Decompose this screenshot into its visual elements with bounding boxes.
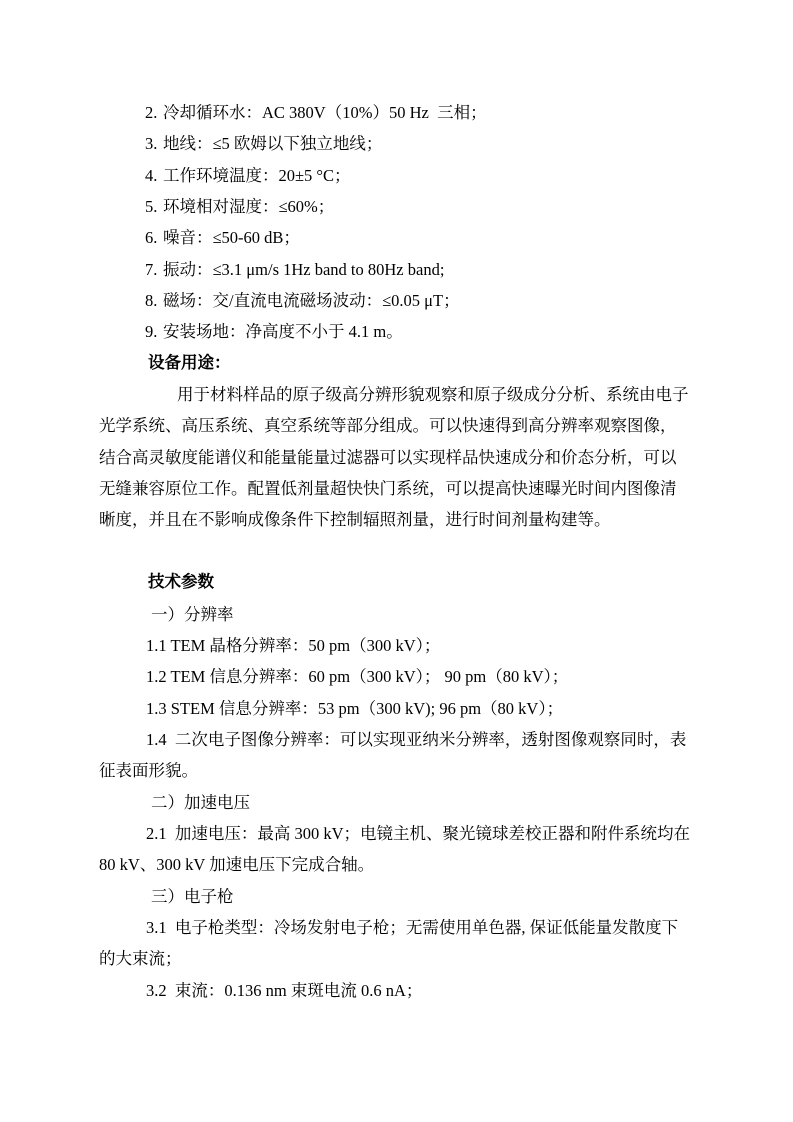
tech-params-heading: 技术参数	[0, 567, 793, 598]
document-body: 2.冷却循环水：AC 380V（10%）50 Hz 三相； 3.地线：≤5 欧姆…	[0, 97, 793, 1006]
list-item-number: 2.	[145, 97, 163, 128]
list-item: 2.冷却循环水：AC 380V（10%）50 Hz 三相；	[0, 97, 793, 128]
list-item-number: 8.	[145, 285, 163, 316]
list-item: 6.噪音：≤50-60 dB；	[0, 222, 793, 253]
spec-line: 1.3 STEM 信息分辨率：53 pm（300 kV); 96 pm（80 k…	[0, 693, 793, 724]
purpose-paragraph-line: 无缝兼容原位工作。配置低剂量超快快门系统，可以提高快速曝光时间内图像清	[0, 473, 793, 504]
list-item-text: 工作环境温度：20±5 °C；	[163, 166, 351, 185]
list-item: 8.磁场：交/直流电流磁场波动：≤0.05 μT；	[0, 285, 793, 316]
list-item-number: 9.	[145, 316, 163, 347]
list-item: 3.地线：≤5 欧姆以下独立地线；	[0, 128, 793, 159]
purpose-paragraph-line: 结合高灵敏度能谱仪和能量能量过滤器可以实现样品快速成分和价态分析，可以	[0, 442, 793, 473]
spec-line-continuation: 80 kV、300 kV 加速电压下完成合轴。	[0, 849, 793, 880]
spec-line: 3.1 电子枪类型：冷场发射电子枪；无需使用单色器, 保证低能量发散度下	[0, 912, 793, 943]
list-item: 7.振动：≤3.1 μm/s 1Hz band to 80Hz band;	[0, 254, 793, 285]
list-item-number: 5.	[145, 191, 163, 222]
spec-line: 1.1 TEM 晶格分辨率：50 pm（300 kV）；	[0, 630, 793, 661]
list-item-number: 7.	[145, 254, 163, 285]
list-item: 4.工作环境温度：20±5 °C；	[0, 160, 793, 191]
list-item: 5.环境相对湿度：≤60%；	[0, 191, 793, 222]
list-item-text: 冷却循环水：AC 380V（10%）50 Hz 三相；	[163, 103, 487, 122]
document-page: 2.冷却循环水：AC 380V（10%）50 Hz 三相； 3.地线：≤5 欧姆…	[0, 0, 793, 1122]
list-item: 9.安装场地：净高度不小于 4.1 m。	[0, 316, 793, 347]
purpose-paragraph-line: 光学系统、高压系统、真空系统等部分组成。可以快速得到高分辨率观察图像，	[0, 410, 793, 441]
list-item-number: 4.	[145, 160, 163, 191]
purpose-paragraph-line: 晰度，并且在不影响成像条件下控制辐照剂量，进行时间剂量构建等。	[0, 504, 793, 535]
section-title-resolution: 一）分辨率	[0, 599, 793, 630]
spec-line-continuation: 的大束流；	[0, 943, 793, 974]
list-item-text: 地线：≤5 欧姆以下独立地线；	[163, 134, 382, 153]
list-item-text: 安装场地：净高度不小于 4.1 m。	[163, 322, 403, 341]
spec-line: 1.4 二次电子图像分辨率：可以实现亚纳米分辨率，透射图像观察同时，表	[0, 724, 793, 755]
list-item-text: 噪音：≤50-60 dB；	[163, 228, 300, 247]
blank-line	[0, 536, 793, 567]
spec-line: 3.2 束流：0.136 nm 束斑电流 0.6 nA；	[0, 975, 793, 1006]
list-item-text: 磁场：交/直流电流磁场波动：≤0.05 μT；	[163, 291, 460, 310]
spec-line-continuation: 征表面形貌。	[0, 755, 793, 786]
section-title-electron-gun: 三）电子枪	[0, 881, 793, 912]
list-item-number: 3.	[145, 128, 163, 159]
section-title-acceleration-voltage: 二）加速电压	[0, 787, 793, 818]
purpose-heading: 设备用途：	[0, 348, 793, 379]
purpose-paragraph-line: 用于材料样品的原子级高分辨形貌观察和原子级成分分析、系统由电子	[0, 379, 793, 410]
spec-line: 1.2 TEM 信息分辨率：60 pm（300 kV）； 90 pm（80 kV…	[0, 661, 793, 692]
list-item-text: 振动：≤3.1 μm/s 1Hz band to 80Hz band;	[163, 260, 444, 279]
list-item-text: 环境相对湿度：≤60%；	[163, 197, 334, 216]
list-item-number: 6.	[145, 222, 163, 253]
spec-line: 2.1 加速电压：最高 300 kV；电镜主机、聚光镜球差校正器和附件系统均在	[0, 818, 793, 849]
